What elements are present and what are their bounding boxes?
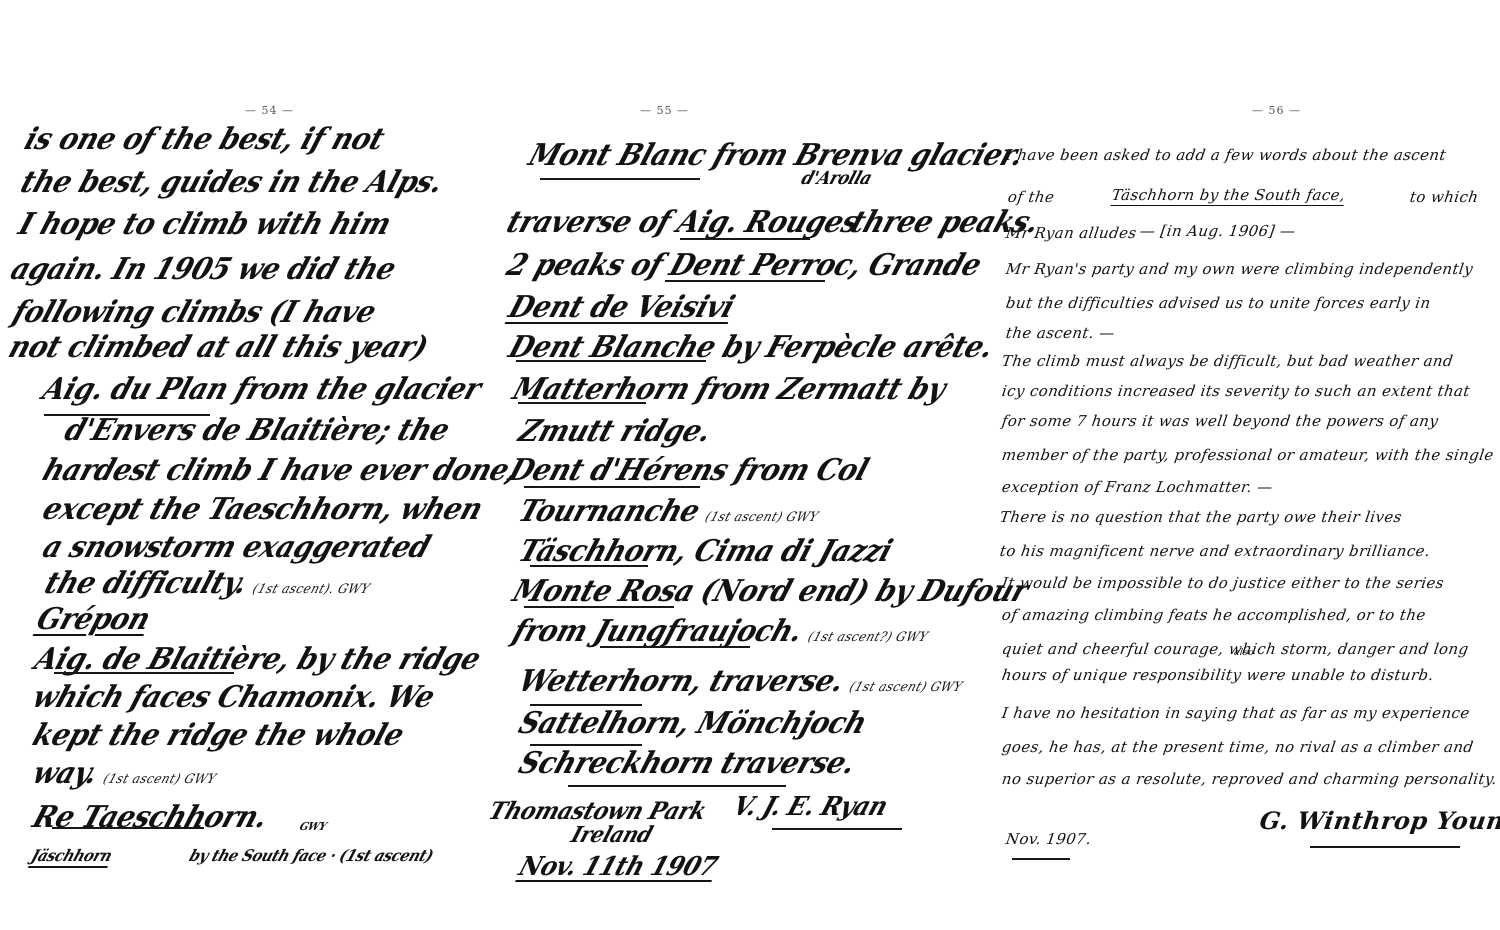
manuscript-line: of the — [1007, 188, 1056, 206]
manuscript-text: by the South face · — [187, 846, 339, 865]
signature-ryan: V. J. E. Ryan — [729, 792, 891, 822]
manuscript-text: the difficulty. — [40, 566, 251, 601]
manuscript-line: Schreckhorn traverse. — [514, 746, 859, 781]
manuscript-line: way. (1st ascent) GWY — [28, 756, 223, 791]
underline-rule — [516, 360, 706, 362]
signature-underline — [772, 828, 902, 830]
page-number: — 55 — — [640, 104, 689, 117]
manuscript-line: to which — [1409, 188, 1480, 206]
manuscript-text: Tournanche — [514, 494, 704, 529]
manuscript-line: Dent d'Hérens from Col — [504, 453, 872, 488]
manuscript-line: from Jungfraujoch. (1st ascent?) GWY — [508, 614, 935, 649]
manuscript-heading: Re Taeschhorn. — [28, 800, 271, 835]
manuscript-line: for some 7 hours it was well beyond the … — [1001, 412, 1440, 430]
manuscript-line: kept the ridge the whole — [28, 718, 408, 753]
manuscript-page-54: — 54 — is one of the best, if not the be… — [0, 0, 490, 930]
manuscript-line: Monte Rosa (Nord end) by Dufour — [508, 574, 1032, 609]
underline-rule — [665, 280, 825, 282]
insertion-annotation: also — [1233, 648, 1254, 658]
manuscript-line: 2 peaks of Dent Perroc, Grande — [502, 248, 985, 283]
underline-rule — [568, 785, 786, 787]
manuscript-line: goes, he has, at the present time, no ri… — [1001, 738, 1475, 756]
page-number: — 56 — — [1252, 104, 1301, 117]
manuscript-line: Grépon — [32, 602, 154, 637]
manuscript-text: from Jungfraujoch. — [508, 614, 806, 649]
underline-rule — [1012, 858, 1070, 860]
manuscript-page-55: — 55 — Mont Blanc from Brenva glacier. d… — [490, 0, 990, 930]
manuscript-line: of amazing climbing feats he accomplishe… — [1001, 606, 1427, 624]
underline-rule — [524, 486, 700, 488]
manuscript-line: member of the party, professional or ama… — [1001, 446, 1495, 464]
manuscript-line: It would be impossible to do justice eit… — [1001, 574, 1445, 592]
manuscript-line: Mont Blanc from Brenva glacier. — [524, 138, 1027, 173]
manuscript-line: Aig. du Plan from the glacier — [38, 372, 485, 407]
manuscript-line: hours of unique responsibility were unab… — [1001, 666, 1435, 684]
signature-underline — [1310, 846, 1460, 848]
manuscript-line: which faces Chamonix. We — [28, 680, 438, 715]
underline-rule — [518, 402, 646, 404]
signature-young: G. Winthrop Young — [1258, 806, 1500, 835]
first-ascent-note: (1st ascent?) GWY — [806, 630, 930, 645]
manuscript-line: except the Taeschhorn, when — [38, 492, 486, 527]
manuscript-text: Wetterhorn, traverse. — [514, 664, 848, 699]
initials-annotation: GWY — [298, 820, 328, 833]
manuscript-line: not climbed at all this year) — [4, 330, 432, 365]
underline-rule — [524, 606, 674, 608]
manuscript-line: — [in Aug. 1906] — — [1139, 222, 1297, 240]
page-number: — 54 — — [245, 104, 294, 117]
manuscript-line: no superior as a resolute, reproved and … — [1001, 770, 1499, 788]
manuscript-line: but the difficulties advised us to unite… — [1005, 294, 1432, 312]
manuscript-line: Wetterhorn, traverse. (1st ascent) GWY — [514, 664, 969, 699]
manuscript-line: hardest climb I have ever done, — [38, 453, 522, 488]
underline-rule — [680, 238, 810, 240]
manuscript-line: exception of Franz Lochmatter. — — [1001, 478, 1274, 496]
manuscript-line: Dent de Veisivi — [504, 290, 738, 325]
date-line: Nov. 11th 1907 — [515, 852, 721, 882]
manuscript-line: Zmutt ridge. — [514, 414, 715, 449]
manuscript-line: d'Envers de Blaitière; the — [60, 413, 453, 448]
manuscript-line: the ascent. — — [1005, 324, 1116, 342]
manuscript-line: There is no question that the party owe … — [999, 508, 1403, 526]
manuscript-line: I have no hesitation in saying that as f… — [1001, 704, 1471, 722]
first-ascent-note: (1st ascent) GWY — [847, 680, 964, 695]
manuscript-line: Tournanche (1st ascent) GWY — [514, 494, 825, 529]
underline-rule — [530, 565, 648, 567]
address-line: Thomastown Park — [485, 796, 710, 825]
manuscript-line: Täschhorn by the South face, — [1111, 186, 1347, 204]
manuscript-line: to his magnificent nerve and extraordina… — [999, 542, 1432, 560]
manuscript-line: is one of the best, if not — [20, 122, 388, 157]
address-line: Ireland — [568, 822, 656, 848]
manuscript-insertion: d'Arolla — [799, 168, 875, 189]
manuscript-line: Sattelhorn, Mönchjoch — [514, 706, 871, 741]
manuscript-line: the best, guides in the Alps. — [16, 165, 447, 200]
manuscript-line: icy conditions increased its severity to… — [1001, 382, 1471, 400]
manuscript-line: The climb must always be difficult, but … — [1001, 352, 1455, 370]
date-line: Nov. 1907. — [1005, 830, 1093, 848]
manuscript-line: Täschhorn, Cima di Jazzi — [514, 534, 896, 569]
manuscript-line: I have been asked to add a few words abo… — [1005, 146, 1447, 164]
manuscript-line: Mr Ryan alludes — [1005, 224, 1138, 242]
underline-rule — [600, 646, 750, 648]
manuscript-line: the difficulty. (1st ascent). GWY — [40, 566, 377, 601]
manuscript-line: I hope to climb with him — [14, 207, 395, 242]
manuscript-page-56: — 56 — I have been asked to add a few wo… — [990, 0, 1500, 930]
first-ascent-note: (1st ascent) GWY — [101, 772, 218, 787]
manuscript-line: traverse of Aig. Rouges — [502, 205, 863, 240]
manuscript-line: by the South face · (1st ascent) — [187, 846, 436, 865]
manuscript-text: way. — [28, 756, 102, 791]
first-ascent-note: (1st ascent) GWY — [703, 510, 820, 525]
manuscript-line: Jäschhorn — [29, 846, 114, 865]
underline-rule — [54, 672, 234, 674]
first-ascent-note: (1st ascent) — [337, 846, 436, 865]
manuscript-line: again. In 1905 we did the — [6, 252, 400, 287]
underline-rule — [540, 178, 700, 180]
underline-rule — [52, 827, 204, 829]
first-ascent-note: (1st ascent). GWY — [250, 582, 371, 597]
manuscript-line: a snowstorm exaggerated — [38, 530, 434, 565]
manuscript-line: following climbs (I have — [8, 295, 380, 330]
manuscript-line: Mr Ryan's party and my own were climbing… — [1005, 260, 1475, 278]
